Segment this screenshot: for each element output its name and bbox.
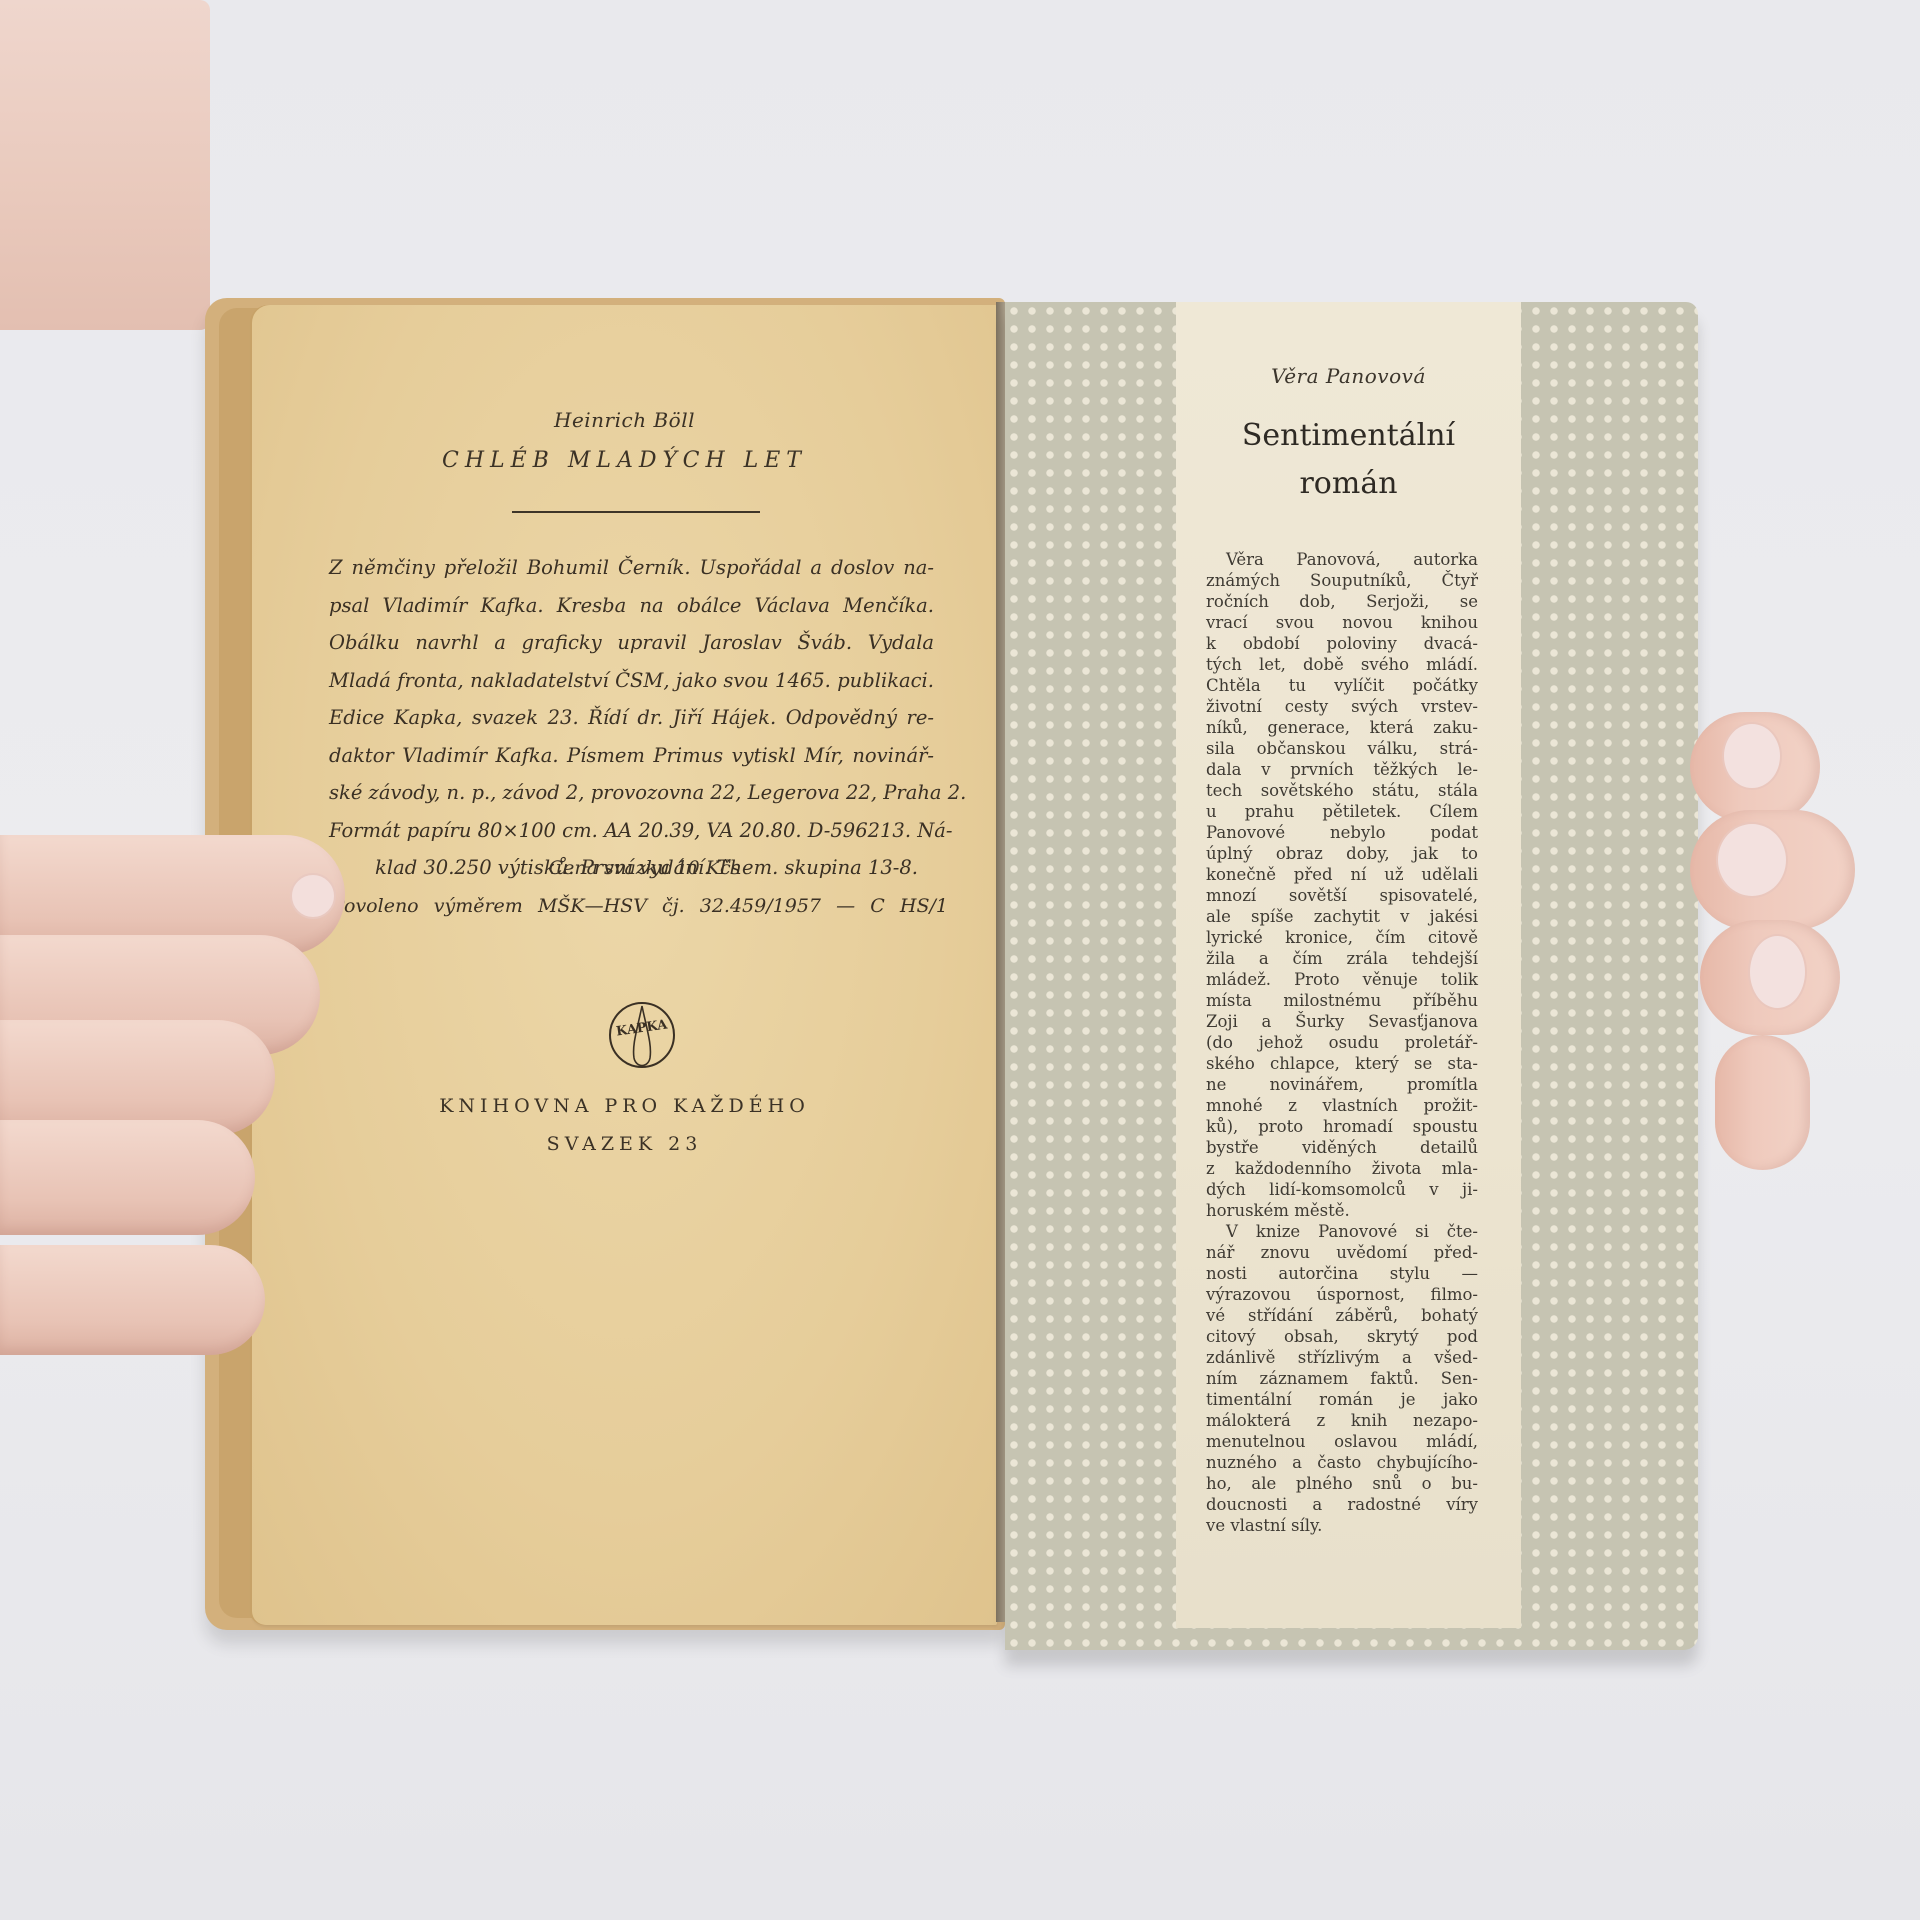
blurb-line: ho, ale plného snů o bu- bbox=[1206, 1473, 1478, 1494]
blurb-line: timentální román je jako bbox=[1206, 1389, 1478, 1410]
blurb-line: k období poloviny dvacá- bbox=[1206, 633, 1478, 654]
blurb-line: nosti autorčina stylu — bbox=[1206, 1263, 1478, 1284]
blurb-line: Chtěla tu vylíčit počátky bbox=[1206, 675, 1478, 696]
flap-title-line1: Sentimentální bbox=[1176, 412, 1521, 460]
colophon-line: Formát papíru 80×100 cm. AA 20.39, VA 20… bbox=[329, 812, 934, 850]
right-finger-4 bbox=[1715, 1035, 1810, 1170]
blurb-line: ročních dob, Serjoži, se bbox=[1206, 591, 1478, 612]
blurb-line: doucnosti a radostné víry bbox=[1206, 1494, 1478, 1515]
blurb-line: známých Souputníků, Čtyř bbox=[1206, 570, 1478, 591]
blurb-line: lyrické kronice, čím citově bbox=[1206, 927, 1478, 948]
colophon: Z němčiny přeložil Bohumil Černík. Uspoř… bbox=[329, 549, 934, 887]
blurb-line: ním záznamem faktů. Sen- bbox=[1206, 1368, 1478, 1389]
volume-number: SVAZEK 23 bbox=[252, 1133, 997, 1155]
blurb-line: u prahu pětiletek. Cílem bbox=[1206, 801, 1478, 822]
blurb-line: mnozí sovětší spisovatelé, bbox=[1206, 885, 1478, 906]
book-title: CHLÉB MLADÝCH LET bbox=[252, 448, 997, 473]
blurb-line: Zoji a Šurky Sevasťjanova bbox=[1206, 1011, 1478, 1032]
series-name: KNIHOVNA PRO KAŽDÉHO bbox=[252, 1095, 997, 1117]
colophon-line: daktor Vladimír Kafka. Písmem Primus vyt… bbox=[329, 737, 934, 775]
blurb-line: úplný obraz doby, jak to bbox=[1206, 843, 1478, 864]
book-author: Heinrich Böll bbox=[252, 408, 997, 432]
blurb-line: mnohé z vlastních prožit- bbox=[1206, 1095, 1478, 1116]
blurb-line: konečně před ní už udělali bbox=[1206, 864, 1478, 885]
left-finger-little bbox=[0, 1120, 255, 1235]
blurb-line: menutelnou oslavou mládí, bbox=[1206, 1431, 1478, 1452]
blurb-line: (do jehož osudu proletář- bbox=[1206, 1032, 1478, 1053]
blurb-line: výrazovou úspornost, filmo- bbox=[1206, 1284, 1478, 1305]
blurb-line: vrací svou novou knihou bbox=[1206, 612, 1478, 633]
left-hand-palm bbox=[0, 0, 210, 330]
flap-author: Věra Panovová bbox=[1176, 364, 1521, 388]
blurb-line: Panovové nebylo podat bbox=[1206, 822, 1478, 843]
blurb-line: níků, generace, která zaku- bbox=[1206, 717, 1478, 738]
photo-scene: Heinrich Böll CHLÉB MLADÝCH LET Z němčin… bbox=[0, 0, 1920, 1920]
left-finger-lower bbox=[0, 1245, 265, 1355]
blurb-line: zdánlivě střízlivým a všed- bbox=[1206, 1347, 1478, 1368]
flap-blurb: Věra Panovová, autorka známých Souputník… bbox=[1206, 549, 1478, 1536]
blurb-line: málokterá z knih nezapo- bbox=[1206, 1410, 1478, 1431]
blurb-line: bystře viděných detailů bbox=[1206, 1137, 1478, 1158]
blurb-line: vé střídání záběrů, bohatý bbox=[1206, 1305, 1478, 1326]
colophon-line: Mladá fronta, nakladatelství ČSM, jako s… bbox=[329, 662, 934, 700]
blurb-line: nuzného a často chybujícího- bbox=[1206, 1452, 1478, 1473]
blurb-line: ského chlapce, který se sta- bbox=[1206, 1053, 1478, 1074]
blurb-line: V knize Panovové si čte- bbox=[1206, 1221, 1478, 1242]
right-finger-1 bbox=[1690, 712, 1820, 822]
colophon-line: Z němčiny přeložil Bohumil Černík. Uspoř… bbox=[329, 549, 934, 587]
flap-title-line2: román bbox=[1176, 460, 1521, 508]
blurb-line: životní cesty svých vrstev- bbox=[1206, 696, 1478, 717]
left-page: Heinrich Böll CHLÉB MLADÝCH LET Z němčin… bbox=[252, 305, 997, 1625]
blurb-line: tech sovětského státu, stála bbox=[1206, 780, 1478, 801]
permit-line: Povoleno výměrem MŠK—HSV čj. 32.459/1957… bbox=[332, 895, 948, 917]
blurb-line: ale spíše zachytit v jakési bbox=[1206, 906, 1478, 927]
blurb-line: ků), proto hromadí spoustu bbox=[1206, 1116, 1478, 1137]
colophon-line: psal Vladimír Kafka. Kresba na obálce Vá… bbox=[329, 587, 934, 625]
price: Cena svazku 10 Kčs bbox=[252, 857, 1017, 879]
blurb-line: z každodenního života mla- bbox=[1206, 1158, 1478, 1179]
colophon-line: Obálku navrhl a graficky upravil Jarosla… bbox=[329, 624, 934, 662]
blurb-line: sila občanskou válku, strá- bbox=[1206, 738, 1478, 759]
blurb-line: citový obsah, skrytý pod bbox=[1206, 1326, 1478, 1347]
blurb-line: tých let, době svého mládí. bbox=[1206, 654, 1478, 675]
blurb-line: žila a čím zrála tehdejší bbox=[1206, 948, 1478, 969]
blurb-line: ne novinářem, promítla bbox=[1206, 1074, 1478, 1095]
blurb-line: ve vlastní síly. bbox=[1206, 1515, 1478, 1536]
flap-title: Sentimentální román bbox=[1176, 412, 1521, 508]
blurb-line: horuském městě. bbox=[1206, 1200, 1478, 1221]
blurb-line: místa milostnému příběhu bbox=[1206, 990, 1478, 1011]
cover-flap-text-band: Věra Panovová Sentimentální román Věra P… bbox=[1176, 302, 1521, 1628]
blurb-line: nář znovu uvědomí před- bbox=[1206, 1242, 1478, 1263]
right-finger-2 bbox=[1690, 810, 1855, 930]
title-rule bbox=[512, 511, 760, 513]
svg-text:KAPKA: KAPKA bbox=[615, 1017, 669, 1039]
blurb-line: dých lidí-komsomolců v ji- bbox=[1206, 1179, 1478, 1200]
blurb-line: Věra Panovová, autorka bbox=[1206, 549, 1478, 570]
right-finger-3 bbox=[1700, 920, 1840, 1035]
blurb-line: dala v prvních těžkých le- bbox=[1206, 759, 1478, 780]
blurb-line: mládež. Proto věnuje tolik bbox=[1206, 969, 1478, 990]
colophon-line: Edice Kapka, svazek 23. Řídí dr. Jiří Há… bbox=[329, 699, 934, 737]
kapka-drop-logo-icon: KAPKA bbox=[607, 1000, 677, 1070]
colophon-line: ské závody, n. p., závod 2, provozovna 2… bbox=[329, 774, 934, 812]
left-finger-ring bbox=[0, 1020, 275, 1135]
